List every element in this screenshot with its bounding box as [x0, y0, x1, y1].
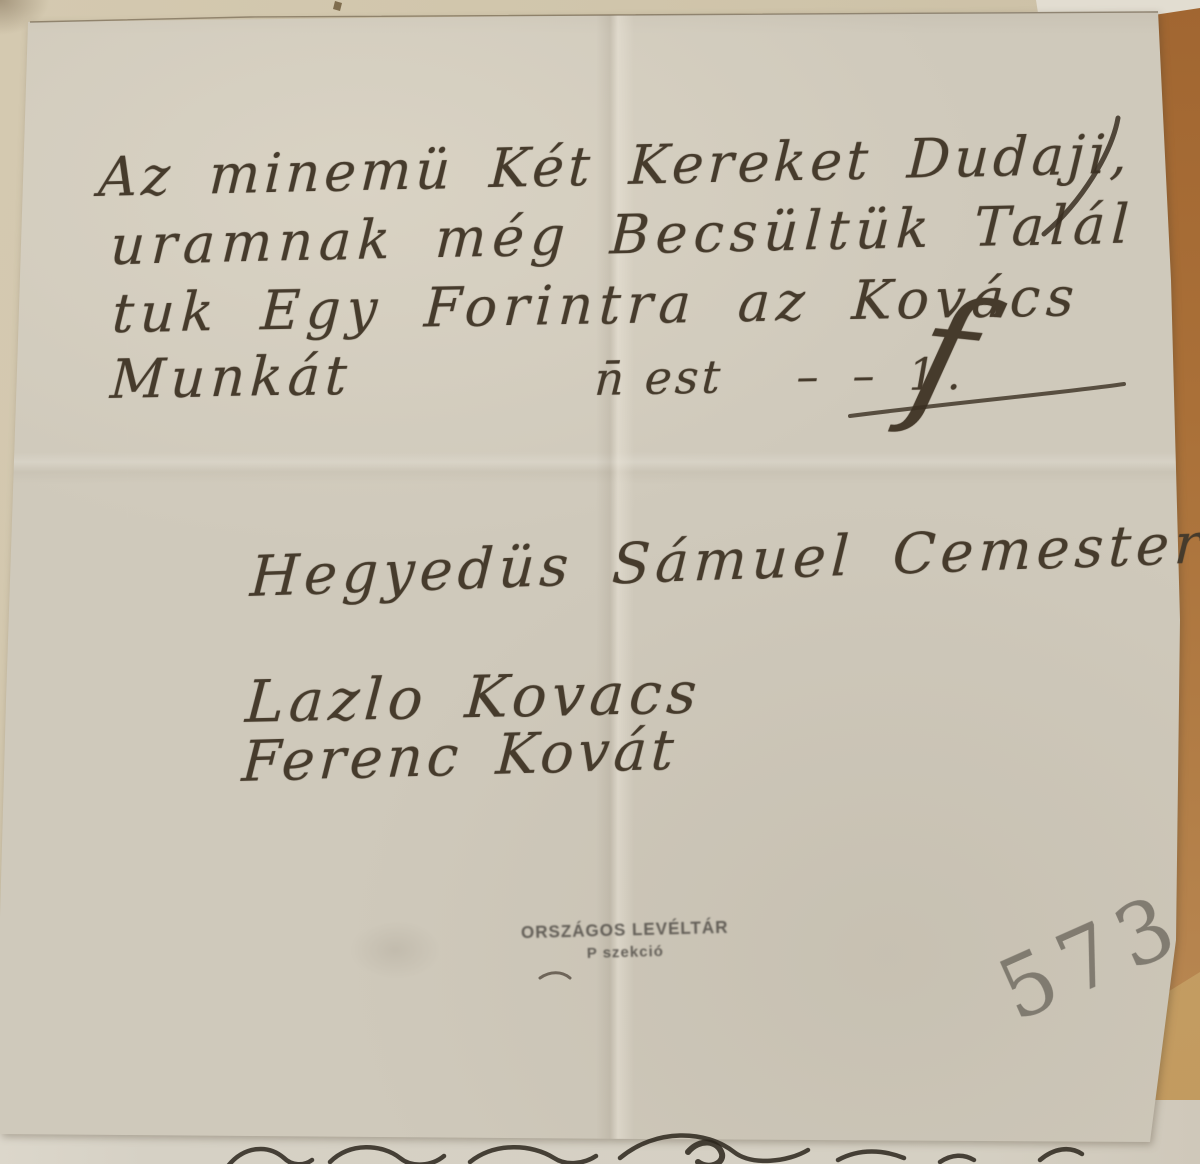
signature-1: Hegyedüs Sámuel Cemester [249, 512, 1200, 611]
photograph: Az minemü Két Kereket Dudaji, uramnak mé… [0, 0, 1200, 1164]
id-est-abbreviation: n̄ est [593, 350, 724, 406]
signature-3: Ferenc Kovát [240, 718, 679, 795]
ink-bleed-smudge [330, 905, 460, 995]
archive-stamp: ORSZÁGOS LEVÉLTÁR P szekció [518, 917, 733, 964]
archive-stamp-line-1: ORSZÁGOS LEVÉLTÁR [517, 917, 731, 944]
amount-dashes: – – [796, 350, 885, 403]
manuscript-line-4: Munkát [109, 344, 354, 411]
